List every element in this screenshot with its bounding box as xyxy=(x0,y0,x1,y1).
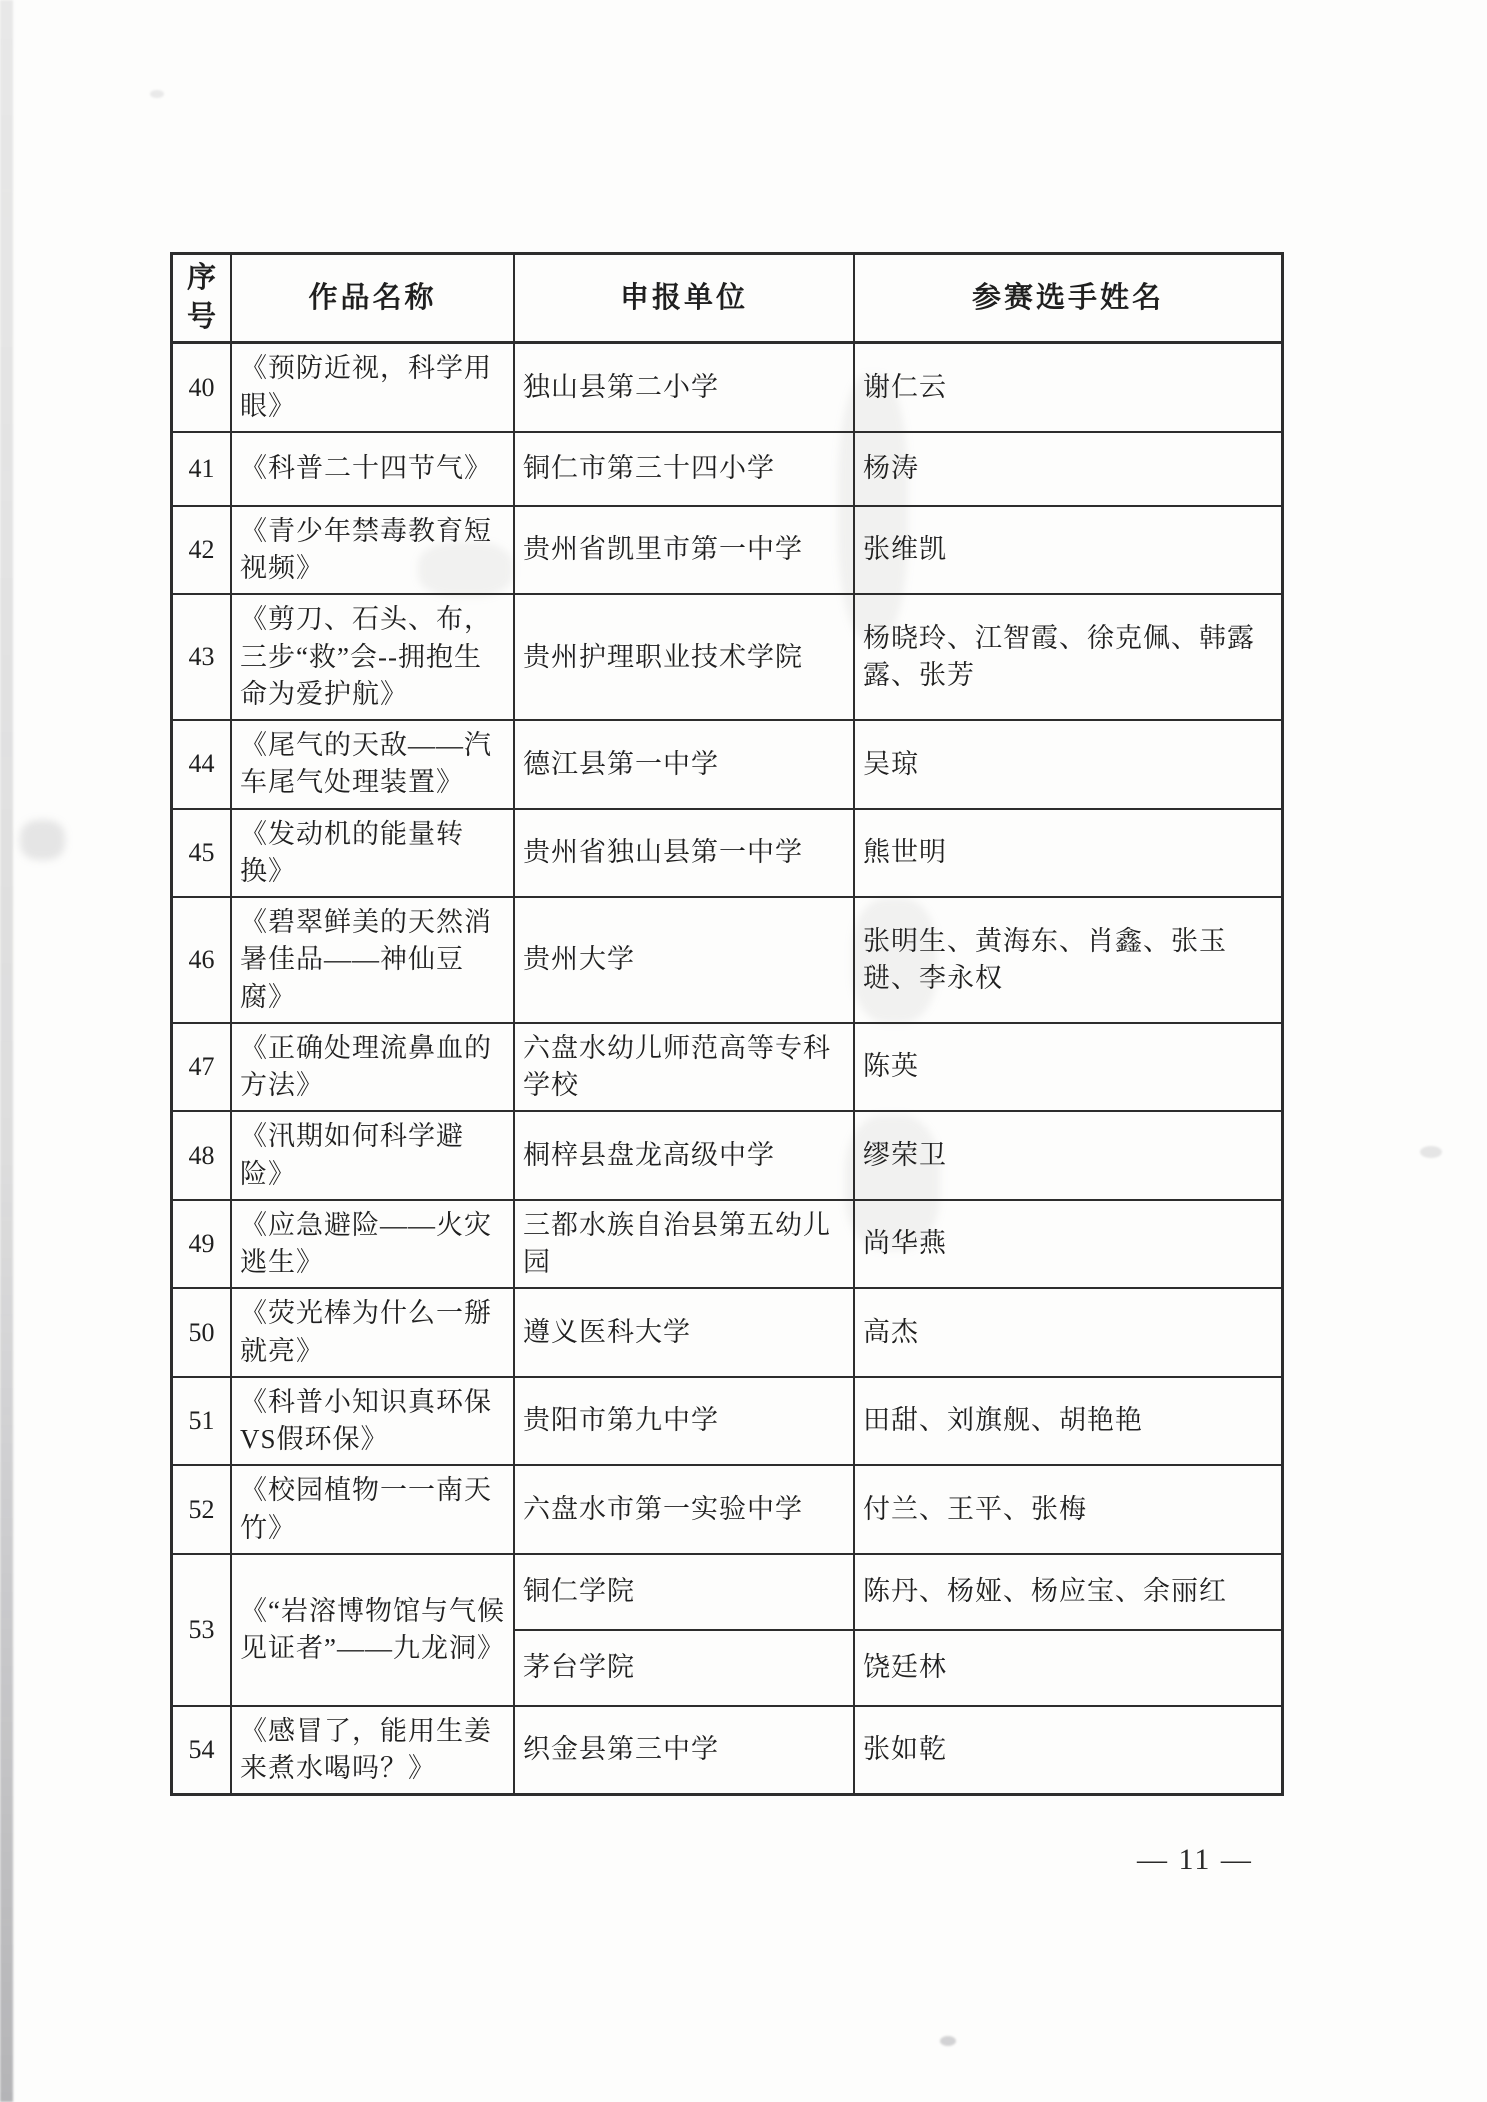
contestant-names: 田甜、刘旗舰、胡艳艳 xyxy=(853,1378,1281,1465)
work-title: 《汛期如何科学避险》 xyxy=(230,1112,513,1199)
declaring-unit: 茅台学院 xyxy=(513,1631,853,1705)
scan-artifact xyxy=(150,90,164,98)
contestant-names: 尚华燕 xyxy=(853,1201,1281,1288)
declaring-unit: 贵州大学 xyxy=(513,898,853,1022)
row-serial-number: 42 xyxy=(173,507,230,594)
page-number: — 11 — xyxy=(1085,1843,1305,1877)
table-row: 46《碧翠鲜美的天然消暑佳品——神仙豆腐》贵州大学张明生、黄海东、肖鑫、张玉琎、… xyxy=(173,896,1281,1022)
table-row: 49《应急避险——火灾逃生》三都水族自治县第五幼儿园尚华燕 xyxy=(173,1199,1281,1288)
contestant-names: 付兰、王平、张梅 xyxy=(853,1466,1281,1553)
contestant-names: 张如乾 xyxy=(853,1707,1281,1794)
work-title: 《荧光棒为什么一掰就亮》 xyxy=(230,1289,513,1376)
table-row: 43《剪刀、石头、布，三步“救”会--拥抱生命为爱护航》贵州护理职业技术学院杨晓… xyxy=(173,593,1281,719)
work-title: 《碧翠鲜美的天然消暑佳品——神仙豆腐》 xyxy=(230,898,513,1022)
work-title: 《应急避险——火灾逃生》 xyxy=(230,1201,513,1288)
table-row: 51《科普小知识真环保VS假环保》贵阳市第九中学田甜、刘旗舰、胡艳艳 xyxy=(173,1376,1281,1465)
scan-edge-shadow xyxy=(0,0,13,2102)
row-serial-number: 46 xyxy=(173,898,230,1022)
table-row: 53《“岩溶博物馆与气候见证者”——九龙洞》铜仁学院陈丹、杨娅、杨应宝、余丽红茅… xyxy=(173,1553,1281,1705)
table-row: 52《校园植物一一南天竹》六盘水市第一实验中学付兰、王平、张梅 xyxy=(173,1464,1281,1553)
table-row: 54《感冒了，能用生姜来煮水喝吗？》织金县第三中学张如乾 xyxy=(173,1705,1281,1794)
header-declaring-unit: 申报单位 xyxy=(513,255,853,341)
header-contestant-names: 参赛选手姓名 xyxy=(853,255,1281,341)
declaring-unit: 桐梓县盘龙高级中学 xyxy=(513,1112,853,1199)
sub-row: 铜仁学院陈丹、杨娅、杨应宝、余丽红 xyxy=(513,1555,1281,1629)
contestant-names: 杨晓玲、江智霞、徐克佩、韩露露、张芳 xyxy=(853,595,1281,719)
declaring-unit: 六盘水幼儿师范高等专科学校 xyxy=(513,1024,853,1111)
work-title: 《正确处理流鼻血的方法》 xyxy=(230,1024,513,1111)
contestant-names: 缪荣卫 xyxy=(853,1112,1281,1199)
declaring-unit: 独山县第二小学 xyxy=(513,344,853,431)
contestant-names: 张明生、黄海东、肖鑫、张玉琎、李永权 xyxy=(853,898,1281,1022)
row-serial-number: 40 xyxy=(173,344,230,431)
row-serial-number: 47 xyxy=(173,1024,230,1111)
declaring-unit: 铜仁学院 xyxy=(513,1555,853,1629)
scan-artifact xyxy=(20,820,65,860)
declaring-unit: 遵义医科大学 xyxy=(513,1289,853,1376)
table-row: 41《科普二十四节气》铜仁市第三十四小学杨涛 xyxy=(173,431,1281,505)
declaring-unit: 织金县第三中学 xyxy=(513,1707,853,1794)
table-row: 47《正确处理流鼻血的方法》六盘水幼儿师范高等专科学校陈英 xyxy=(173,1022,1281,1111)
row-serial-number: 41 xyxy=(173,433,230,505)
scanned-page: 序号 作品名称 申报单位 参赛选手姓名 40《预防近视，科学用眼》独山县第二小学… xyxy=(0,0,1487,2102)
work-title: 《感冒了，能用生姜来煮水喝吗？》 xyxy=(230,1707,513,1794)
declaring-unit: 贵州省凯里市第一中学 xyxy=(513,507,853,594)
row-serial-number: 53 xyxy=(173,1555,230,1705)
contestant-names: 谢仁云 xyxy=(853,344,1281,431)
table-row: 48《汛期如何科学避险》桐梓县盘龙高级中学缪荣卫 xyxy=(173,1110,1281,1199)
row-serial-number: 50 xyxy=(173,1289,230,1376)
contestant-names: 杨涛 xyxy=(853,433,1281,505)
awards-table: 序号 作品名称 申报单位 参赛选手姓名 40《预防近视，科学用眼》独山县第二小学… xyxy=(170,252,1284,1796)
contestant-names: 吴琼 xyxy=(853,721,1281,808)
row-serial-number: 44 xyxy=(173,721,230,808)
row-serial-number: 45 xyxy=(173,810,230,897)
declaring-unit: 贵州护理职业技术学院 xyxy=(513,595,853,719)
work-title: 《预防近视，科学用眼》 xyxy=(230,344,513,431)
row-serial-number: 49 xyxy=(173,1201,230,1288)
row-serial-number: 43 xyxy=(173,595,230,719)
row-serial-number: 52 xyxy=(173,1466,230,1553)
table-row: 44《尾气的天敌——汽车尾气处理装置》德江县第一中学吴琼 xyxy=(173,719,1281,808)
row-serial-number: 48 xyxy=(173,1112,230,1199)
sub-row: 茅台学院饶廷林 xyxy=(513,1629,1281,1705)
work-title: 《科普二十四节气》 xyxy=(230,433,513,505)
work-title: 《剪刀、石头、布，三步“救”会--拥抱生命为爱护航》 xyxy=(230,595,513,719)
table-row: 40《预防近视，科学用眼》独山县第二小学谢仁云 xyxy=(173,342,1281,431)
table-header-row: 序号 作品名称 申报单位 参赛选手姓名 xyxy=(173,255,1281,342)
table-row: 50《荧光棒为什么一掰就亮》遵义医科大学高杰 xyxy=(173,1287,1281,1376)
declaring-unit: 贵州省独山县第一中学 xyxy=(513,810,853,897)
work-title: 《校园植物一一南天竹》 xyxy=(230,1466,513,1553)
row-serial-number: 51 xyxy=(173,1378,230,1465)
contestant-names: 熊世明 xyxy=(853,810,1281,897)
contestant-names: 陈丹、杨娅、杨应宝、余丽红 xyxy=(853,1555,1281,1629)
header-work-title: 作品名称 xyxy=(230,255,513,341)
declaring-unit: 德江县第一中学 xyxy=(513,721,853,808)
declaring-unit: 铜仁市第三十四小学 xyxy=(513,433,853,505)
declaring-unit: 三都水族自治县第五幼儿园 xyxy=(513,1201,853,1288)
scan-artifact xyxy=(940,2036,956,2046)
row-subrows: 铜仁学院陈丹、杨娅、杨应宝、余丽红茅台学院饶廷林 xyxy=(513,1555,1281,1705)
work-title: 《发动机的能量转换》 xyxy=(230,810,513,897)
contestant-names: 高杰 xyxy=(853,1289,1281,1376)
contestant-names: 饶廷林 xyxy=(853,1631,1281,1705)
contestant-names: 张维凯 xyxy=(853,507,1281,594)
row-serial-number: 54 xyxy=(173,1707,230,1794)
work-title: 《青少年禁毒教育短视频》 xyxy=(230,507,513,594)
declaring-unit: 贵阳市第九中学 xyxy=(513,1378,853,1465)
work-title: 《科普小知识真环保VS假环保》 xyxy=(230,1378,513,1465)
table-row: 42《青少年禁毒教育短视频》贵州省凯里市第一中学张维凯 xyxy=(173,505,1281,594)
work-title: 《尾气的天敌——汽车尾气处理装置》 xyxy=(230,721,513,808)
table-row: 45《发动机的能量转换》贵州省独山县第一中学熊世明 xyxy=(173,808,1281,897)
header-serial-number: 序号 xyxy=(173,255,230,341)
scan-artifact xyxy=(1420,1146,1442,1158)
work-title: 《“岩溶博物馆与气候见证者”——九龙洞》 xyxy=(230,1555,513,1705)
contestant-names: 陈英 xyxy=(853,1024,1281,1111)
declaring-unit: 六盘水市第一实验中学 xyxy=(513,1466,853,1553)
